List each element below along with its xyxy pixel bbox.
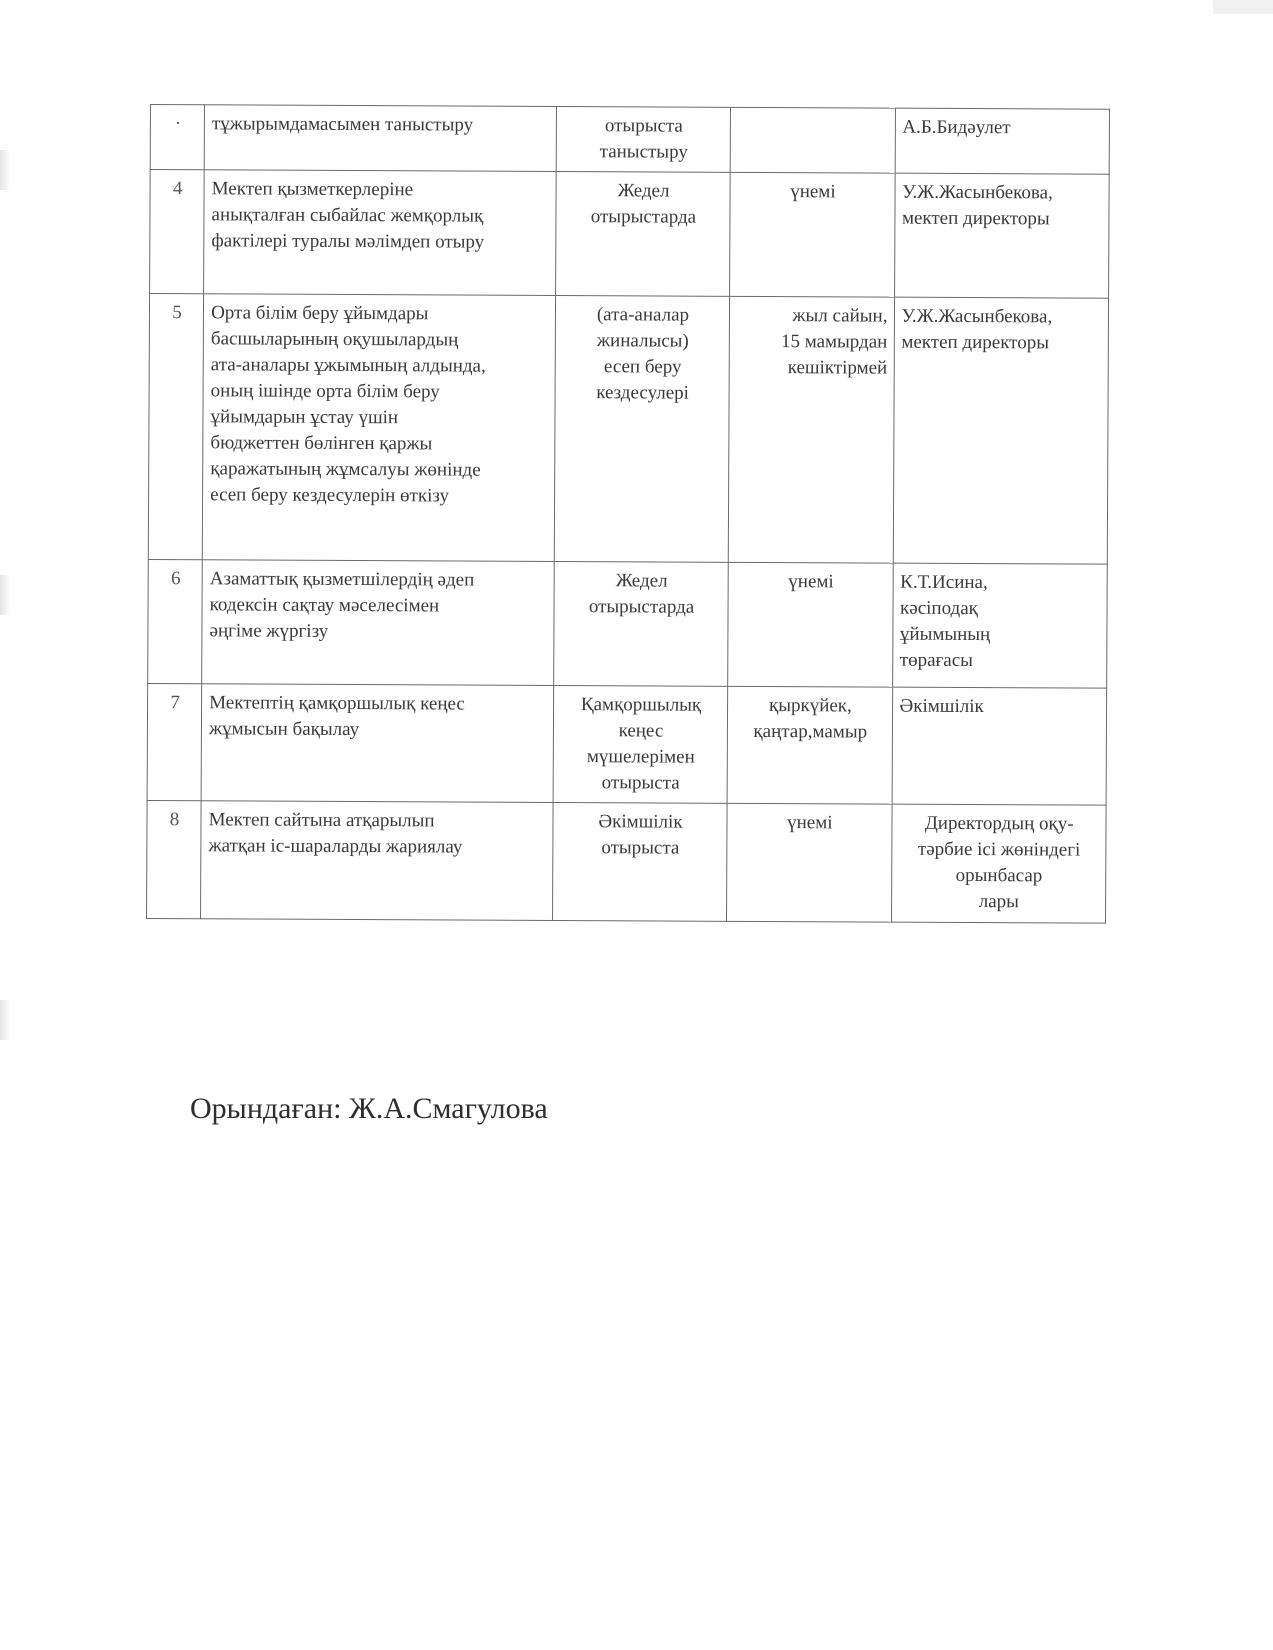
form-cell: Әкімшілік отырыста bbox=[552, 802, 727, 921]
row-number: · bbox=[150, 105, 204, 170]
event-cell: Мектептің қамқоршылық кеңес жұмысын бақы… bbox=[201, 684, 553, 803]
term-cell: қыркүйек, қаңтар,мамыр bbox=[727, 686, 892, 804]
scan-smudge bbox=[1213, 0, 1273, 14]
responsible-cell: А.Б.Бидәулет bbox=[895, 108, 1110, 174]
term-cell: үнемі bbox=[730, 172, 895, 297]
form-cell: Жедел отырыстарда bbox=[555, 171, 730, 296]
scan-edge-mark bbox=[0, 575, 10, 615]
table-row: 8 Мектеп сайтына атқарылып жатқан іс-шар… bbox=[147, 800, 1107, 923]
table-row: 7 Мектептің қамқоршылық кеңес жұмысын ба… bbox=[147, 683, 1107, 805]
responsible-cell: Директордың оқу- тәрбие ісі жөніндегі ор… bbox=[891, 804, 1106, 923]
responsible-cell: К.Т.Исина, кәсіподақ ұйымының төрағасы bbox=[892, 563, 1107, 688]
term-cell: үнемі bbox=[727, 803, 892, 922]
row-number: 8 bbox=[147, 800, 202, 918]
scan-edge-mark bbox=[0, 150, 10, 190]
event-cell: тұжырымдамасымен таныстыру bbox=[204, 105, 556, 172]
table-row: 4 Мектеп қызметкерлеріне анықталған сыба… bbox=[150, 170, 1110, 299]
form-cell: Қамқоршылық кеңес мүшелерімен отырыста bbox=[553, 685, 728, 803]
row-number: 4 bbox=[150, 170, 205, 294]
form-cell: Жедел отырыстарда bbox=[553, 561, 728, 686]
row-number: 5 bbox=[148, 294, 203, 560]
table-row: · тұжырымдамасымен таныстыру отырыста та… bbox=[150, 105, 1109, 175]
event-cell: Мектеп қызметкерлеріне анықталған сыбайл… bbox=[204, 170, 556, 296]
action-plan-table: · тұжырымдамасымен таныстыру отырыста та… bbox=[146, 104, 1110, 924]
term-cell bbox=[730, 107, 895, 173]
row-number: 6 bbox=[148, 559, 203, 683]
event-cell: Орта білім беру ұйымдары басшыларының оқ… bbox=[202, 294, 555, 562]
signature-line: Орындаған: Ж.А.Смагулова bbox=[190, 1092, 548, 1126]
table-row: 5 Орта білім беру ұйымдары басшыларының … bbox=[148, 294, 1108, 565]
form-cell: (ата-аналар жиналысы) есеп беру кездесул… bbox=[554, 295, 730, 562]
term-cell: үнемі bbox=[728, 562, 893, 687]
responsible-cell: У.Ж.Жасынбекова, мектеп директоры bbox=[893, 297, 1109, 564]
term-cell: жыл сайын, 15 мамырдан кешіктірмей bbox=[728, 296, 894, 563]
row-number: 7 bbox=[147, 683, 202, 800]
responsible-cell: Әкімшілік bbox=[892, 687, 1107, 805]
scan-edge-mark bbox=[0, 1000, 10, 1040]
responsible-cell: У.Ж.Жасынбекова, мектеп директоры bbox=[894, 173, 1109, 298]
event-cell: Азаматтық қызметшілердің әдеп кодексін с… bbox=[202, 560, 554, 686]
form-cell: отырыста таныстыру bbox=[556, 106, 731, 172]
event-cell: Мектеп сайтына атқарылып жатқан іс-шарал… bbox=[201, 801, 553, 921]
table-row: 6 Азаматтық қызметшілердің әдеп кодексін… bbox=[148, 559, 1108, 688]
